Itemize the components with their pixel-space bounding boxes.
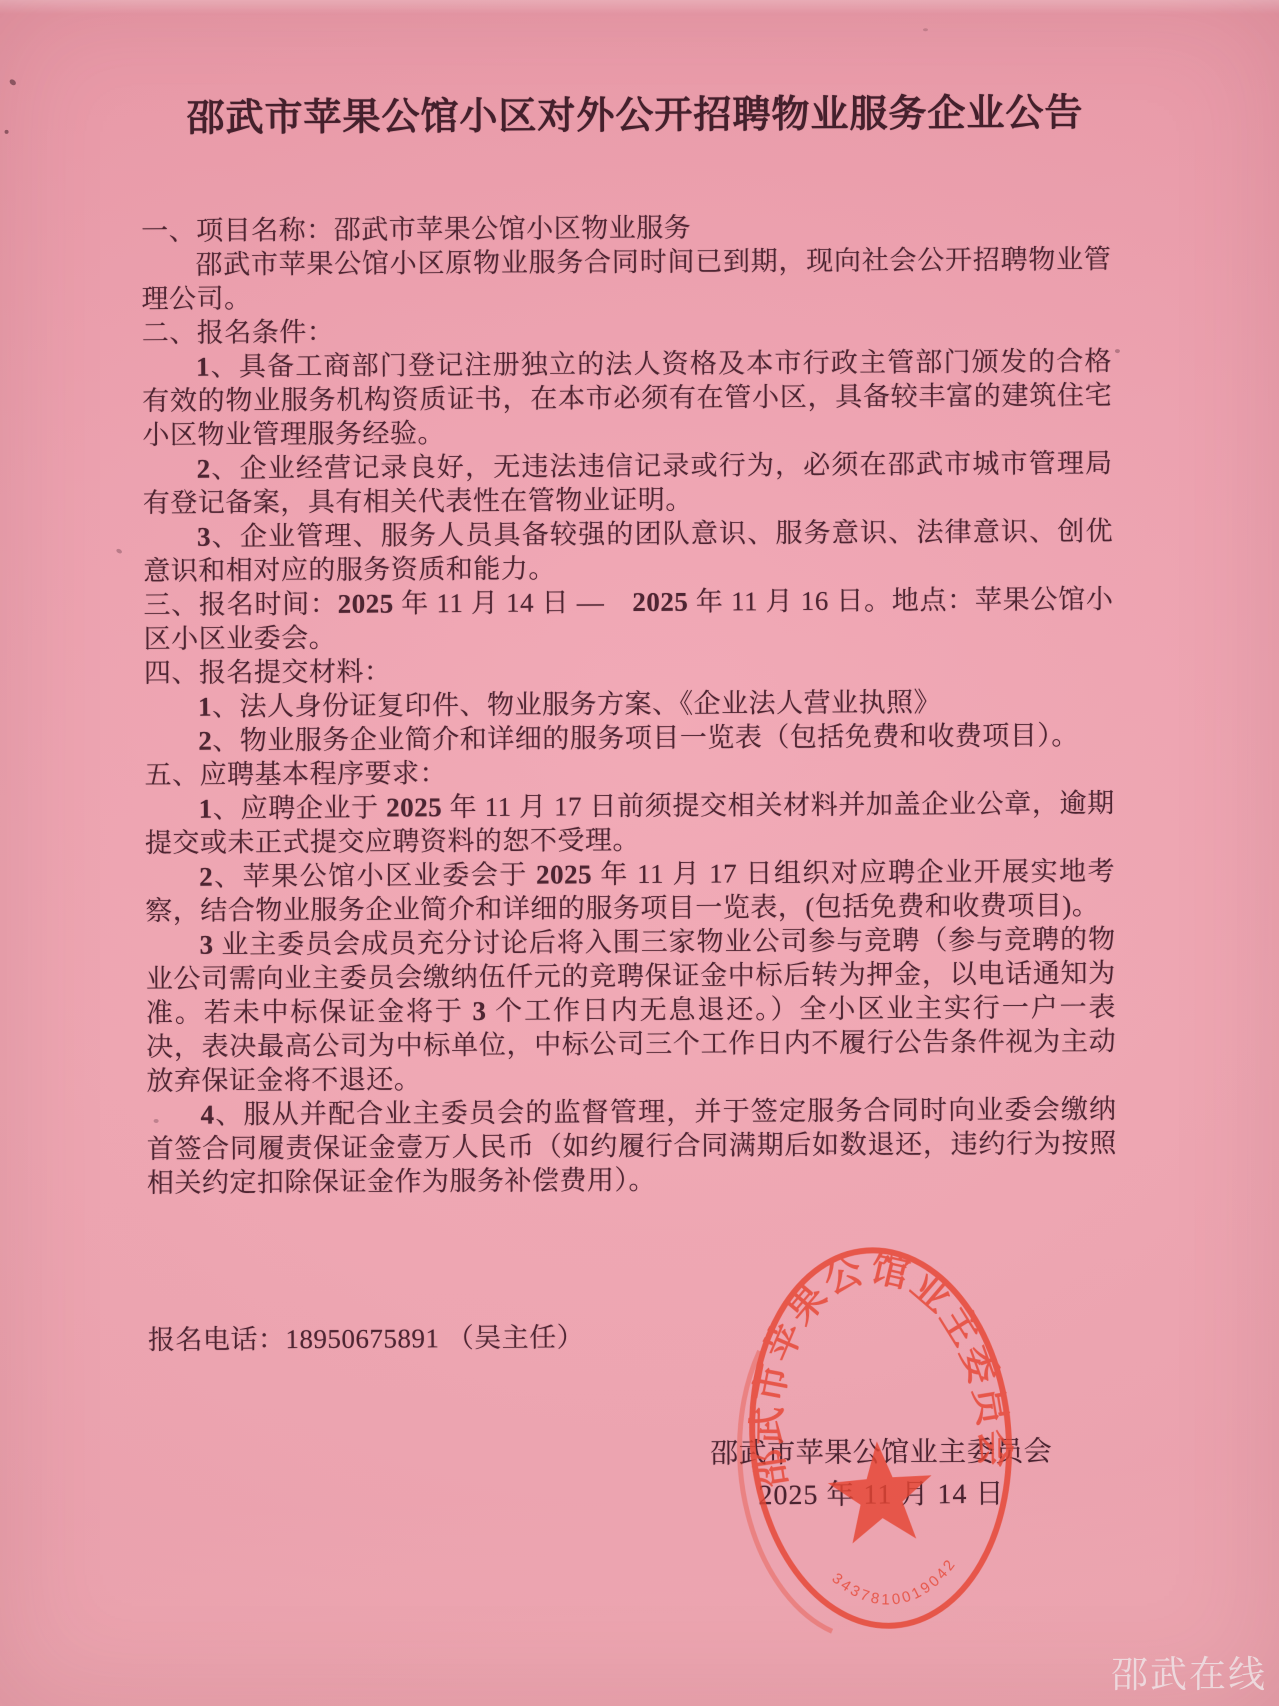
paper-sheet: 邵武市苹果公馆小区对外公开招聘物业服务企业公告 一、项目名称：邵武市苹果公馆小区…: [0, 0, 1279, 1706]
text-run: 一、项目名称：邵武市苹果公馆小区物业服务: [141, 213, 691, 246]
text-run: 4: [200, 1100, 214, 1130]
paragraph: 1、应聘企业于 2025 年 11 月 17 日前须提交相关材料并加盖企业公章，…: [145, 786, 1115, 860]
text-run: 2: [198, 726, 212, 756]
text-run: 2025: [386, 792, 442, 822]
paragraph: 3、企业管理、服务人员具备较强的团队意识、服务意识、法律意识、创优意识和相对应的…: [143, 514, 1113, 588]
text-run: 三、报名时间：: [143, 589, 337, 620]
paragraph: 2、苹果公馆小区业委会于 2025 年 11 月 17 日组织对应聘企业开展实地…: [145, 854, 1115, 928]
photo-of-announcement: 邵武市苹果公馆小区对外公开招聘物业服务企业公告 一、项目名称：邵武市苹果公馆小区…: [0, 0, 1279, 1706]
official-seal: 邵武市苹果公馆业主委员会 3437810019042: [688, 1211, 1060, 1666]
paragraph: 三、报名时间：2025 年 11 月 14 日 — 2025 年 11 月 16…: [143, 582, 1113, 656]
speck: [154, 1119, 159, 1123]
document-body: 一、项目名称：邵武市苹果公馆小区物业服务邵武市苹果公馆小区原物业服务合同时间已到…: [0, 207, 1279, 1201]
text-run: 邵武市苹果公馆小区原物业服务合同时间已到期，现向社会公开招聘物业管理公司。: [142, 244, 1112, 314]
text-run: 四、报名提交材料：: [144, 657, 392, 689]
text-run: 3: [197, 522, 211, 552]
text-run: 、苹果公馆小区业委会于: [213, 860, 536, 892]
document-title: 邵武市苹果公馆小区对外公开招聘物业服务企业公告: [0, 0, 1275, 143]
speck: [1115, 349, 1120, 353]
paragraph: 1、具备工商部门登记注册独立的法人资格及本市行政主管部门颁发的合格有效的物业服务…: [142, 344, 1113, 452]
text-run: 2: [197, 454, 211, 484]
seal-star-icon: [825, 1437, 936, 1545]
text-run: 年 11 月 14 日 —: [394, 587, 633, 618]
text-run: 3: [472, 996, 486, 1026]
paragraph: 邵武市苹果公馆小区原物业服务合同时间已到期，现向社会公开招聘物业管理公司。: [141, 242, 1111, 316]
text-run: 、具备工商部门登记注册独立的法人资格及本市行政主管部门颁发的合格有效的物业服务机…: [142, 346, 1112, 450]
text-run: 2025: [338, 588, 394, 618]
text-run: 、应聘企业于: [213, 793, 387, 824]
text-run: 二、报名条件：: [142, 317, 335, 348]
text-run: 3: [199, 930, 213, 960]
text-run: 1: [198, 692, 212, 722]
text-run: 、法人身份证复印件、物业服务方案、《企业法人营业执照》: [212, 687, 941, 721]
text-run: 2: [199, 862, 213, 892]
paragraph: 3 业主委员会成员充分讨论后将入围三家物业公司参与竞聘（参与竞聘的物业公司需向业…: [145, 922, 1116, 1098]
paragraph: 4、服从并配合业主委员会的监督管理，并于签定服务合同时向业委会缴纳首签合同履责保…: [146, 1092, 1117, 1200]
speck: [5, 130, 9, 134]
text-run: 1: [196, 352, 210, 382]
paragraph: 2、物业服务企业简介和详细的服务项目一览表（包括免费和收费项目）。: [144, 718, 1114, 758]
text-run: 2025: [536, 859, 592, 889]
text-run: 1: [199, 794, 213, 824]
text-run: 、企业管理、服务人员具备较强的团队意识、服务意识、法律意识、创优意识和相对应的服…: [143, 516, 1113, 586]
text-run: 2025: [632, 587, 688, 617]
site-watermark: 邵武在线: [1111, 1644, 1267, 1698]
paragraph: 2、企业经营记录良好，无违法违信记录或行为，必须在邵武市城市管理局有登记备案，具…: [143, 446, 1113, 520]
text-run: 、物业服务企业简介和详细的服务项目一览表（包括免费和收费项目）。: [212, 720, 1079, 755]
text-run: 五、应聘基本程序要求：: [144, 758, 447, 790]
text-run: 、服从并配合业主委员会的监督管理，并于签定服务合同时向业委会缴纳首签合同履责保证…: [147, 1094, 1117, 1198]
text-run: 、企业经营记录良好，无违法违信记录或行为，必须在邵武市城市管理局有登记备案，具有…: [143, 448, 1113, 518]
speck: [923, 28, 928, 31]
